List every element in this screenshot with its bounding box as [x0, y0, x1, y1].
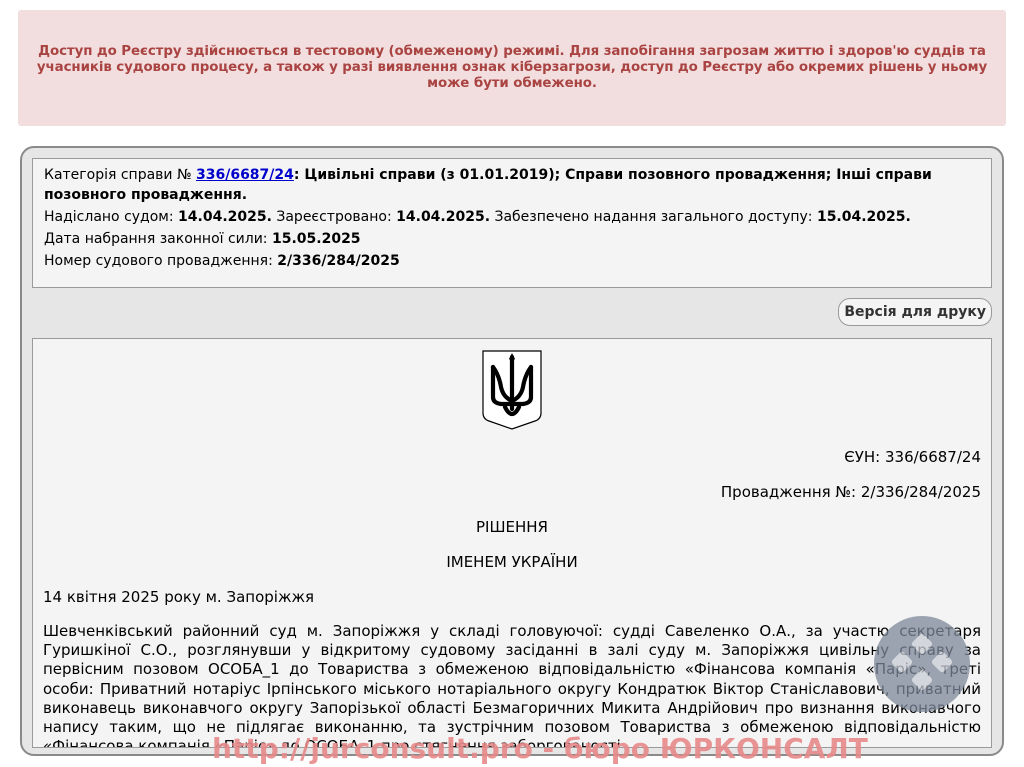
public-access-date: 15.04.2025. — [817, 209, 911, 225]
proceeding-number: 2/336/284/2025 — [277, 253, 400, 269]
case-dates-row: Надіслано судом: 14.04.2025. Зареєстрова… — [44, 207, 980, 227]
proceeding-number-row: Номер судового провадження: 2/336/284/20… — [44, 251, 980, 271]
access-warning-banner: Доступ до Реєстру здійснюється в тестово… — [18, 10, 1006, 126]
case-info-box: Категорія справи № 336/6687/24: Цивільні… — [32, 158, 992, 288]
access-warning-text: Доступ до Реєстру здійснюється в тестово… — [32, 44, 992, 92]
effective-date: 15.05.2025 — [272, 231, 361, 247]
decision-document: ЄУН: 336/6687/24 Провадження №: 2/336/28… — [32, 338, 992, 748]
effective-date-row: Дата набрання законної сили: 15.05.2025 — [44, 229, 980, 249]
decision-panel: Категорія справи № 336/6687/24: Цивільні… — [20, 146, 1004, 756]
document-title: РІШЕННЯ — [43, 517, 981, 537]
proceeding-number-doc: Провадження №: 2/336/284/2025 — [43, 482, 981, 502]
registered-date: 14.04.2025. — [396, 209, 490, 225]
decision-body-text: Шевченківський районний суд м. Запоріжжя… — [43, 622, 981, 748]
case-category-row: Категорія справи № 336/6687/24: Цивільні… — [44, 165, 980, 205]
ukraine-trident-icon — [481, 349, 543, 431]
document-subtitle: ІМЕНЕМ УКРАЇНИ — [43, 552, 981, 572]
case-number-link[interactable]: 336/6687/24 — [196, 167, 294, 183]
unified-case-number: ЄУН: 336/6687/24 — [43, 447, 981, 467]
print-version-button[interactable]: Версія для друку — [838, 298, 992, 326]
sent-date: 14.04.2025. — [178, 209, 272, 225]
date-place: 14 квітня 2025 року м. Запоріжжя — [43, 587, 981, 607]
